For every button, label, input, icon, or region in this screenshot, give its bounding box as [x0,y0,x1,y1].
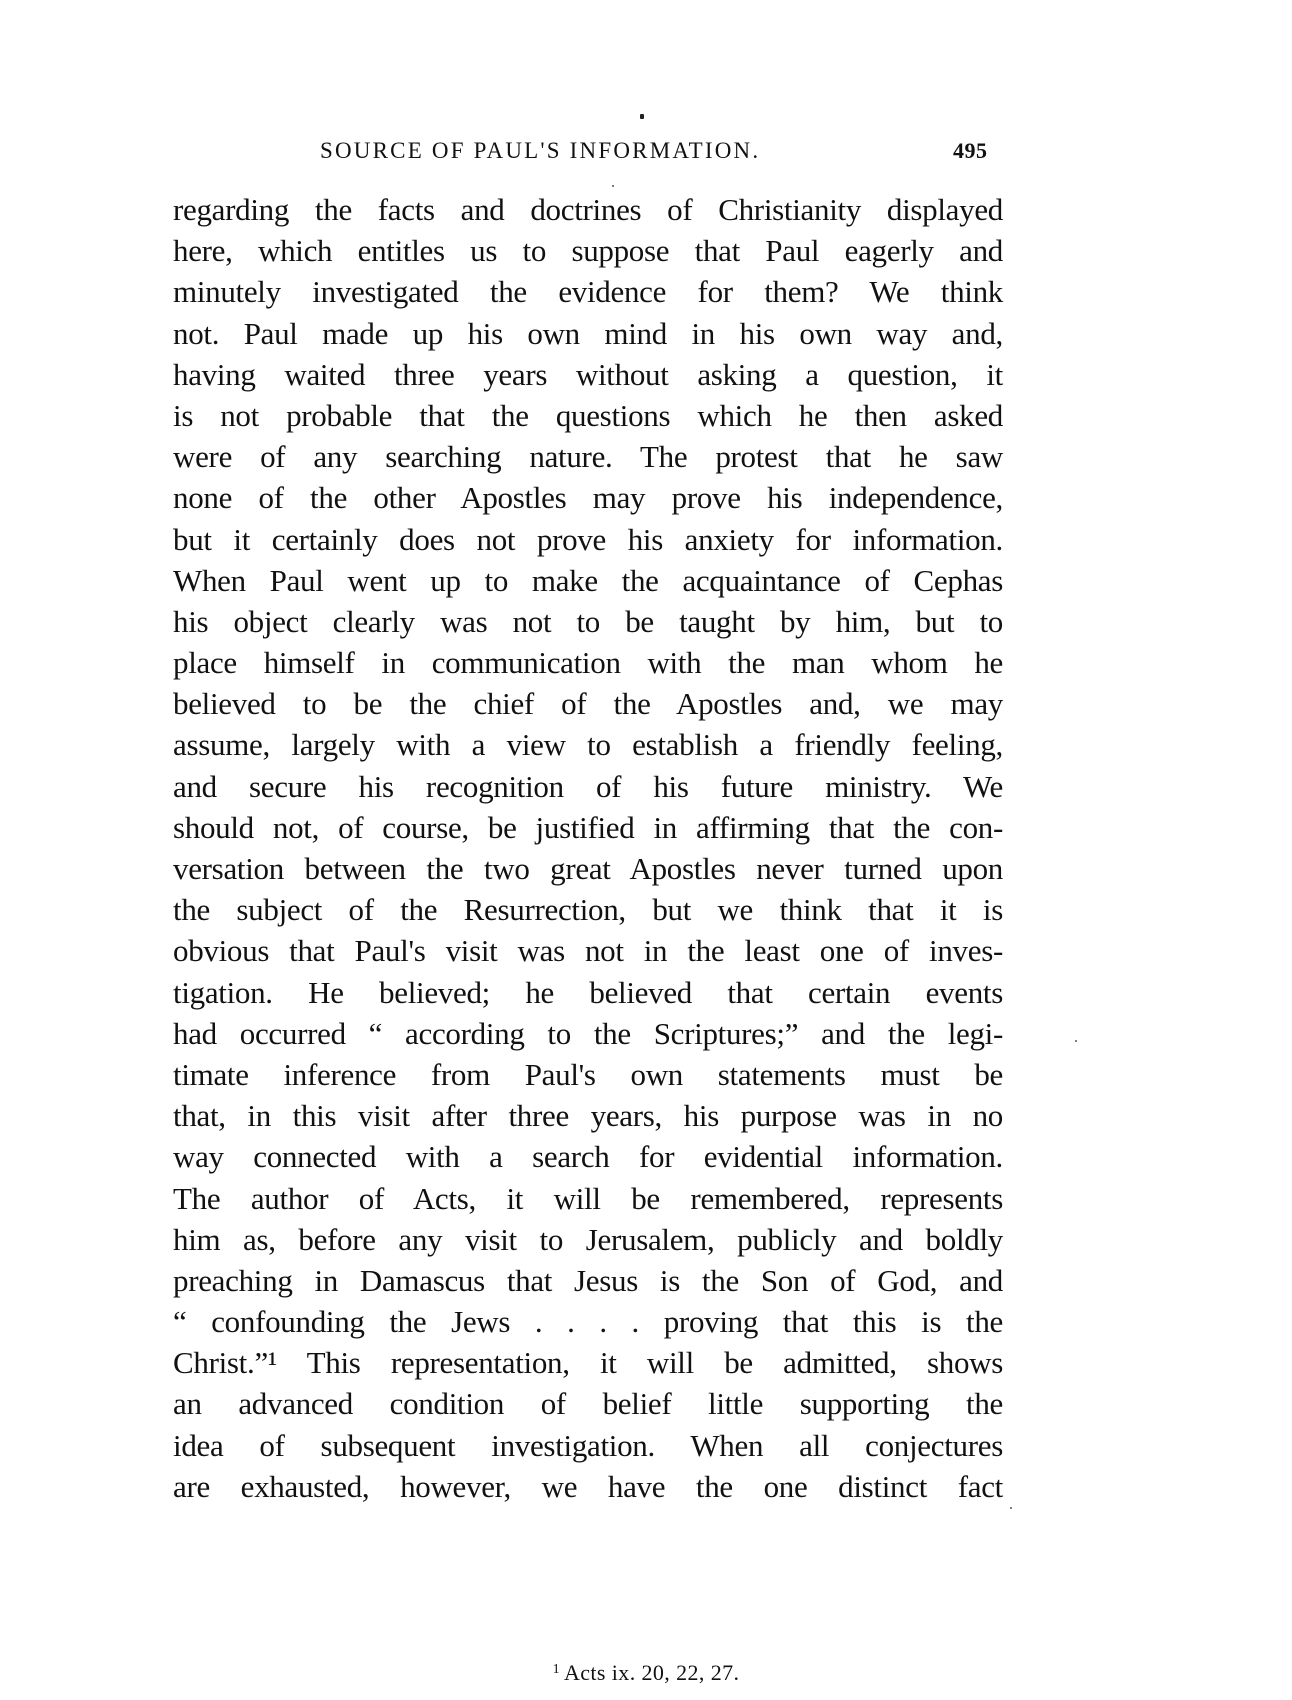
book-page: SOURCE OF PAUL'S INFORMATION. 495 regard… [0,0,1292,1700]
print-speck [640,114,644,119]
text-line: that, in this visit after three years, h… [173,1095,1003,1136]
print-speck [1010,1507,1012,1509]
footnote-text: Acts ix. 20, 22, 27. [564,1660,739,1685]
text-line: way connected with a search for evidenti… [173,1136,1003,1177]
text-line: preaching in Damascus that Jesus is the … [173,1260,1003,1301]
text-line: and secure his recognition of his future… [173,766,1003,807]
text-line: should not, of course, be justified in a… [173,807,1003,848]
text-line: timate inference from Paul's own stateme… [173,1054,1003,1095]
page-number: 495 [953,138,988,164]
text-line: is not probable that the questions which… [173,395,1003,436]
footnote-marker: 1 [553,1662,560,1677]
text-line: are exhausted, however, we have the one … [173,1466,1003,1507]
text-line: were of any searching nature. The protes… [173,436,1003,477]
text-line: an advanced condition of belief little s… [173,1383,1003,1424]
text-line: regarding the facts and doctrines of Chr… [173,189,1003,230]
running-title: SOURCE OF PAUL'S INFORMATION. [320,138,760,164]
text-line: idea of subsequent investigation. When a… [173,1425,1003,1466]
text-line: The author of Acts, it will be remembere… [173,1178,1003,1219]
text-line: place himself in communication with the … [173,642,1003,683]
text-line: assume, largely with a view to establish… [173,724,1003,765]
text-line: not. Paul made up his own mind in his ow… [173,313,1003,354]
running-head: SOURCE OF PAUL'S INFORMATION. 495 [0,138,1292,172]
text-line: obvious that Paul's visit was not in the… [173,930,1003,971]
text-line: “ confounding the Jews . . . . proving t… [173,1301,1003,1342]
footnote: 1Acts ix. 20, 22, 27. [0,1660,1292,1686]
text-line: having waited three years without asking… [173,354,1003,395]
text-line: but it certainly does not prove his anxi… [173,519,1003,560]
text-line: none of the other Apostles may prove his… [173,477,1003,518]
text-line: tigation. He believed; he believed that … [173,972,1003,1013]
text-line: minutely investigated the evidence for t… [173,271,1003,312]
print-speck [612,185,614,187]
print-speck [1075,1040,1077,1042]
text-line: here, which entitles us to suppose that … [173,230,1003,271]
text-line: his object clearly was not to be taught … [173,601,1003,642]
text-line: Christ.”¹ This representation, it will b… [173,1342,1003,1383]
text-line: had occurred “ according to the Scriptur… [173,1013,1003,1054]
text-line: believed to be the chief of the Apostles… [173,683,1003,724]
text-line: the subject of the Resurrection, but we … [173,889,1003,930]
body-paragraph: regarding the facts and doctrines of Chr… [173,189,1003,1507]
text-line: him as, before any visit to Jerusalem, p… [173,1219,1003,1260]
text-line: When Paul went up to make the acquaintan… [173,560,1003,601]
text-line: versation between the two great Apostles… [173,848,1003,889]
